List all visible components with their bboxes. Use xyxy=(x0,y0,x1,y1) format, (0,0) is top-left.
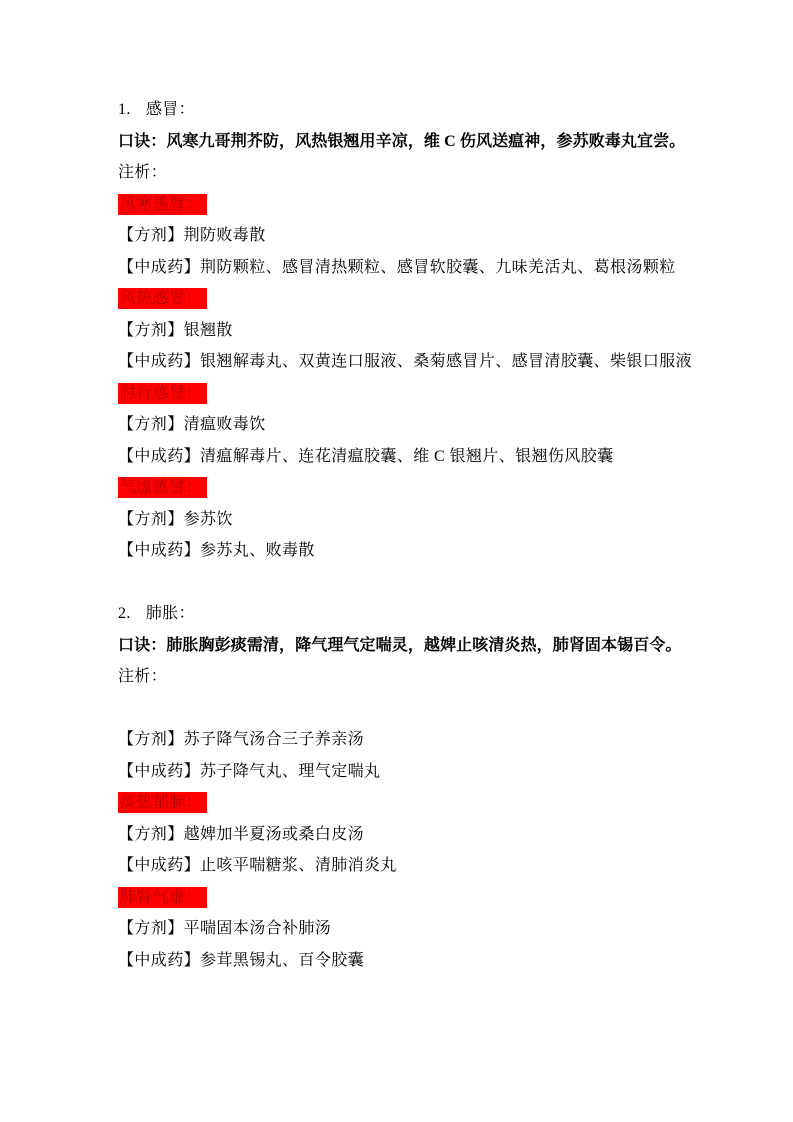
formula-text: 银翘散 xyxy=(184,322,233,339)
section-1-heading: 1.感冒： xyxy=(118,94,683,126)
mnemonic-text: 风寒九哥荆芥防，风热银翘用辛凉，维 C 伤风送瘟神，参苏败毒丸宜尝。 xyxy=(166,133,685,150)
formula-prefix: 【方剂】 xyxy=(118,731,184,748)
formula-prefix: 【方剂】 xyxy=(118,826,184,843)
patent-medicine-text: 苏子降气丸、理气定喘丸 xyxy=(200,763,380,780)
highlight-label: 风热感冒： xyxy=(118,288,207,309)
formula-prefix: 【方剂】 xyxy=(118,511,184,528)
patent-medicine-text: 参茸黑锡丸、百令胶囊 xyxy=(200,952,364,969)
patent-medicine-line: 【中成药】银翘解毒丸、双黄连口服液、桑菊感冒片、感冒清胶囊、柴银口服液 xyxy=(118,346,683,378)
mnemonic-label: 口诀： xyxy=(118,133,166,150)
formula-line: 【方剂】清瘟败毒饮 xyxy=(118,409,683,441)
section-2-mnemonic-line: 口诀：肺胀胸彭痰需清，降气理气定喘灵，越婢止咳清炎热，肺肾固本锡百令。 xyxy=(118,630,683,662)
patent-medicine-text: 参苏丸、败毒散 xyxy=(200,542,315,559)
formula-prefix: 【方剂】 xyxy=(118,227,184,244)
syndrome-label-line: 风热感冒： xyxy=(118,283,683,315)
mnemonic-text: 肺胀胸彭痰需清，降气理气定喘灵，越婢止咳清炎热，肺肾固本锡百令。 xyxy=(166,637,681,654)
formula-text: 参苏饮 xyxy=(184,511,233,528)
patent-medicine-prefix: 【中成药】 xyxy=(118,542,200,559)
patent-medicine-prefix: 【中成药】 xyxy=(118,259,200,276)
patent-medicine-prefix: 【中成药】 xyxy=(118,952,200,969)
patent-medicine-text: 止咳平喘糖浆、清肺消炎丸 xyxy=(200,857,397,874)
formula-prefix: 【方剂】 xyxy=(118,416,184,433)
syndrome-label-line: 痰热郁肺： xyxy=(118,787,683,819)
annotation-label: 注析： xyxy=(118,668,167,685)
section-2-annotation-line: 注析： xyxy=(118,661,683,693)
annotation-label: 注析： xyxy=(118,164,167,181)
section-2-number: 2. xyxy=(118,598,131,630)
patent-medicine-line: 【中成药】苏子降气丸、理气定喘丸 xyxy=(118,756,683,788)
patent-medicine-line: 【中成药】清瘟解毒片、连花清瘟胶囊、维 C 银翘片、银翘伤风胶囊 xyxy=(118,441,683,473)
section-1-title: 感冒： xyxy=(146,101,195,118)
section-1-number: 1. xyxy=(118,94,131,126)
document-page: 1.感冒： 口诀：风寒九哥荆芥防，风热银翘用辛凉，维 C 伤风送瘟神，参苏败毒丸… xyxy=(0,0,793,976)
formula-line: 【方剂】越婢加半夏汤或桑白皮汤 xyxy=(118,819,683,851)
patent-medicine-line: 【中成药】参苏丸、败毒散 xyxy=(118,535,683,567)
patent-medicine-line: 【中成药】参茸黑锡丸、百令胶囊 xyxy=(118,945,683,977)
formula-text: 苏子降气汤合三子养亲汤 xyxy=(184,731,364,748)
patent-medicine-line: 【中成药】荆防颗粒、感冒清热颗粒、感冒软胶囊、九味羌活丸、葛根汤颗粒 xyxy=(118,252,683,284)
patent-medicine-prefix: 【中成药】 xyxy=(118,857,200,874)
syndrome-label-line: 时行感冒： xyxy=(118,378,683,410)
mnemonic-label: 口诀： xyxy=(118,637,166,654)
patent-medicine-prefix: 【中成药】 xyxy=(118,448,200,465)
syndrome-label-line: 肺肾气虚： xyxy=(118,882,683,914)
formula-text: 平喘固本汤合补肺汤 xyxy=(184,920,332,937)
section-2-title: 肺胀： xyxy=(146,605,195,622)
patent-medicine-prefix: 【中成药】 xyxy=(118,353,200,370)
formula-line: 【方剂】参苏饮 xyxy=(118,504,683,536)
section-1-mnemonic-line: 口诀：风寒九哥荆芥防，风热银翘用辛凉，维 C 伤风送瘟神，参苏败毒丸宜尝。 xyxy=(118,126,683,158)
highlight-label: 肺肾气虚： xyxy=(118,887,207,908)
blank-line xyxy=(118,567,683,599)
formula-prefix: 【方剂】 xyxy=(118,920,184,937)
highlight-label: 气虚感冒： xyxy=(118,477,207,498)
syndrome-label-line: 风寒感冒： xyxy=(118,189,683,221)
patent-medicine-text: 清瘟解毒片、连花清瘟胶囊、维 C 银翘片、银翘伤风胶囊 xyxy=(200,448,613,465)
formula-line: 【方剂】平喘固本汤合补肺汤 xyxy=(118,913,683,945)
patent-medicine-text: 荆防颗粒、感冒清热颗粒、感冒软胶囊、九味羌活丸、葛根汤颗粒 xyxy=(200,259,676,276)
formula-prefix: 【方剂】 xyxy=(118,322,184,339)
patent-medicine-text: 银翘解毒丸、双黄连口服液、桑菊感冒片、感冒清胶囊、柴银口服液 xyxy=(200,353,692,370)
section-1-annotation-line: 注析： xyxy=(118,157,683,189)
formula-text: 越婢加半夏汤或桑白皮汤 xyxy=(184,826,364,843)
formula-line: 【方剂】荆防败毒散 xyxy=(118,220,683,252)
blank-line xyxy=(118,693,683,725)
syndrome-label-line: 气虚感冒： xyxy=(118,472,683,504)
patent-medicine-prefix: 【中成药】 xyxy=(118,763,200,780)
highlight-label: 时行感冒： xyxy=(118,383,207,404)
section-2-heading: 2.肺胀： xyxy=(118,598,683,630)
formula-line: 【方剂】银翘散 xyxy=(118,315,683,347)
formula-text: 荆防败毒散 xyxy=(184,227,266,244)
formula-line: 【方剂】苏子降气汤合三子养亲汤 xyxy=(118,724,683,756)
highlight-label: 痰热郁肺： xyxy=(118,792,207,813)
formula-text: 清瘟败毒饮 xyxy=(184,416,266,433)
highlight-label: 风寒感冒： xyxy=(118,194,207,215)
patent-medicine-line: 【中成药】止咳平喘糖浆、清肺消炎丸 xyxy=(118,850,683,882)
